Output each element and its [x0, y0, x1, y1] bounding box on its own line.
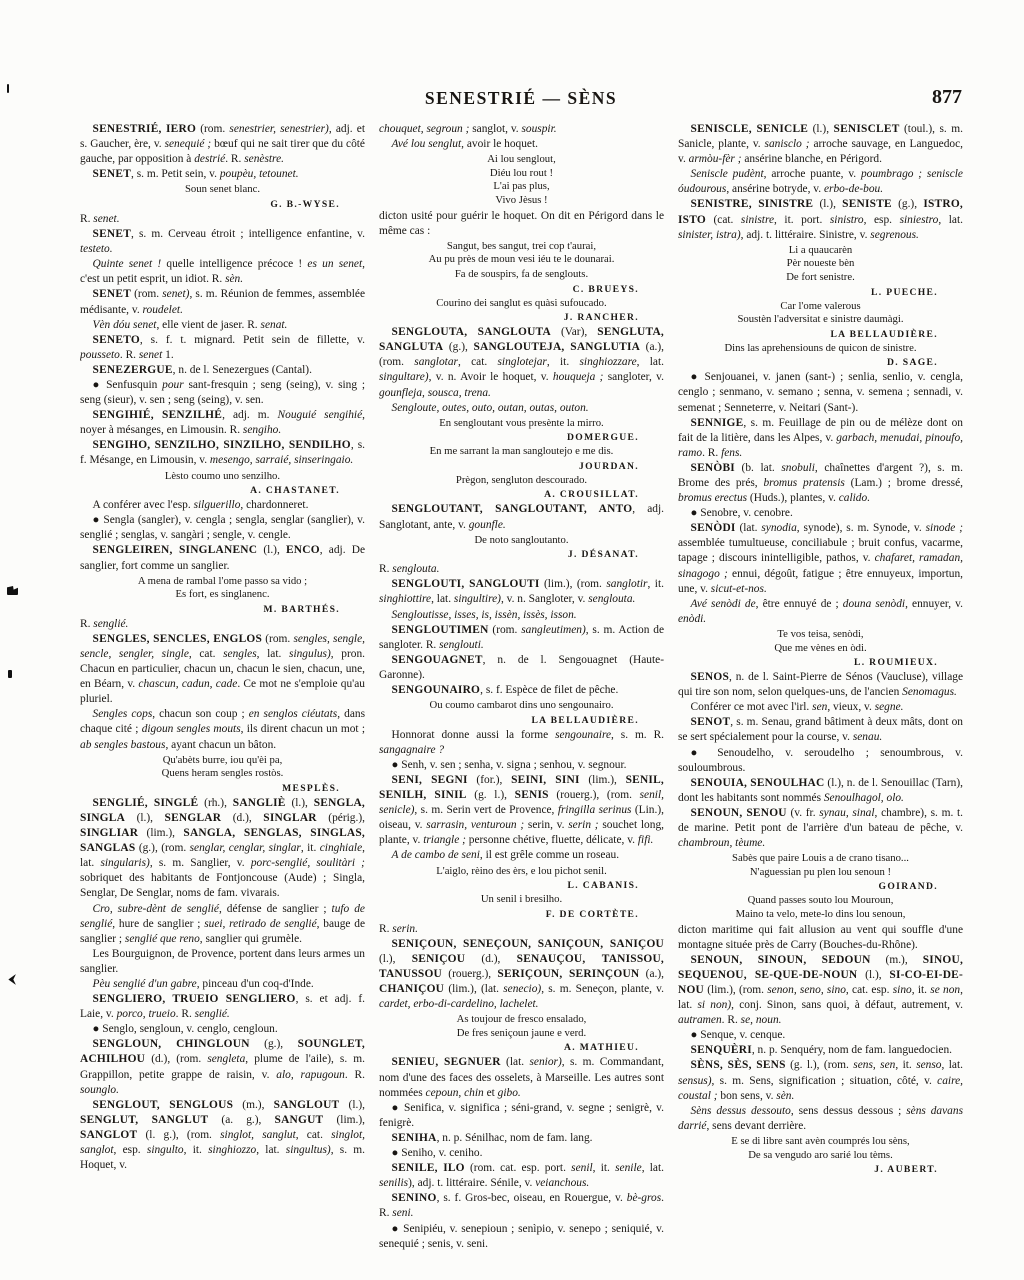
headword: SENQUÈRI	[691, 1044, 752, 1056]
headword: SERIÇOUN, SERINÇOUN	[497, 968, 639, 980]
italic-text: snobuli	[781, 462, 815, 474]
italic-text: erbo-de-bou.	[824, 183, 883, 195]
body-text: (rom.	[262, 633, 293, 645]
italic-text: es un senet	[307, 258, 362, 270]
paragraph: A conférer avec l'esp. silguerillo, char…	[80, 498, 365, 513]
paragraph: ● Senfusquin pour sant-fresquin ; seng (…	[80, 378, 365, 408]
italic-text: serin.	[392, 923, 418, 935]
verse-quote: Dins las aprehensiouns de quicon de sini…	[678, 342, 963, 356]
italic-text: senet	[139, 349, 162, 361]
italic-text: poumbrago ;	[861, 168, 922, 180]
body-text: (d.),	[465, 953, 516, 965]
body-text: R.	[80, 618, 93, 630]
headword: CHANIÇOU	[379, 983, 444, 995]
body-text: , chacun son coup ;	[152, 708, 248, 720]
italic-text: Senoulhagol, olo.	[824, 792, 904, 804]
italic-text: senior)	[529, 1056, 561, 1068]
italic-text: singhiozzo	[208, 1144, 256, 1156]
attribution: G. B.-WYSE.	[80, 198, 365, 211]
attribution: F. DE CORTÈTE.	[379, 908, 664, 921]
italic-text: bromus erectus	[678, 492, 747, 504]
verse-line: De fres seniçoun jaune e verd.	[379, 1027, 664, 1041]
italic-text: Seniscle pudènt	[691, 168, 764, 180]
headword: SENIÇOUN, SENEÇOUN, SANIÇOUN, SANIÇOU	[392, 938, 664, 950]
body-text: (rom.	[196, 123, 229, 135]
italic-text: sensus)	[678, 1075, 712, 1087]
paragraph: ● Senglo, sengloun, v. cenglo, cengloun.	[80, 1022, 365, 1037]
body-text: (l.),	[125, 812, 165, 824]
verse-line: A mena de rambal l'ome passo sa vido ;	[80, 575, 365, 589]
body-text: , it.	[912, 984, 931, 996]
italic-text: chambroun, tèume.	[678, 837, 765, 849]
dictionary-entry: SENI, SEGNI (for.), SEINI, SINI (lim.), …	[379, 773, 664, 848]
italic-text: senecio)	[503, 983, 541, 995]
verse-line: Pèr noueste bèn	[678, 257, 963, 271]
body-text: , s. m. Sens, signification ; situation,…	[712, 1075, 938, 1087]
dictionary-entry: SENEZERGUE, n. de l. Senezergues (Cantal…	[80, 363, 365, 378]
headword: SENETO	[93, 334, 140, 346]
headword: SENINO	[392, 1192, 437, 1204]
body-text: , s. m. Sanglier, v.	[150, 857, 251, 869]
headword: SENISTE	[842, 198, 892, 210]
italic-text: gounfleja, sousca, trena.	[379, 387, 491, 399]
italic-text: senilis	[379, 1177, 408, 1189]
dictionary-entry: SENIHA, n. p. Sénilhac, nom de fam. lang…	[379, 1131, 664, 1146]
italic-text: synau, sinal	[819, 807, 874, 819]
italic-text: cinghiale	[320, 842, 362, 854]
italic-text: senglouta.	[392, 563, 439, 575]
verse-line: De fort senistre.	[678, 271, 963, 285]
body-text: , s. m. R.	[611, 729, 664, 741]
italic-text: mesengo, sarraié, sinseringaio.	[210, 454, 353, 466]
italic-text: fifi.	[638, 834, 654, 846]
italic-text: alo, rapugoun	[276, 1069, 345, 1081]
italic-text: Cro, subre-dènt de senglié	[93, 903, 219, 915]
body-text: (périg.),	[317, 812, 365, 824]
body-text: serin, v.	[524, 819, 568, 831]
verse-line: Prègon, sengluton descourado.	[379, 474, 664, 488]
italic-text: sounglo.	[80, 1084, 119, 1096]
italic-text: Avé senòdi de	[691, 598, 756, 610]
ink-blot-artifact	[7, 586, 18, 595]
paragraph: ● Senoudelho, v. seroudelho ; senoumbrou…	[678, 746, 963, 776]
body-text: , cat.	[458, 356, 498, 368]
column-2: chouquet, segroun ; sanglot, v. souspir.…	[379, 122, 664, 1252]
paragraph: ● Senobre, v. cenobre.	[678, 506, 963, 521]
italic-text: segrenous.	[870, 229, 919, 241]
body-text: (Var),	[551, 326, 597, 338]
dictionary-entry: SENILE, ILO (rom. cat. esp. port. senil,…	[379, 1161, 664, 1191]
verse-line: Li a quaucarèn	[678, 244, 963, 258]
dictionary-entry: SENETO, s. f. t. mignard. Petit sein de …	[80, 333, 365, 363]
body-text: (lim.),	[580, 774, 626, 786]
verse-line: Sangut, bes sangut, trei cop t'aurai,	[379, 240, 664, 254]
italic-text: singlotejar	[498, 356, 547, 368]
body-text: (lim.),	[323, 1114, 365, 1126]
italic-text: testeto.	[80, 243, 113, 255]
body-text: (rom.	[131, 288, 162, 300]
verse-quote: Te vos teisa, senòdi,Que me vènes en òdi…	[678, 628, 963, 655]
body-text: , s. m. Serin vert de Provence,	[414, 804, 557, 816]
italic-text: A de cambo de seni	[392, 849, 480, 861]
headword: SENGLOUTI, SANGLOUTI	[392, 578, 540, 590]
attribution: A. CHASTANET.	[80, 484, 365, 497]
headword: SENGLES, SENCLES, ENGLOS	[93, 633, 263, 645]
italic-text: porc-senglié, soulitàri ;	[251, 857, 365, 869]
body-text: (lim.), (lat.	[444, 983, 503, 995]
headword: SENIÇOU	[412, 953, 466, 965]
body-text: (g. l.),	[467, 789, 515, 801]
body-text: ● Senglo, sengloun, v. cenglo, cengloun.	[93, 1023, 278, 1035]
body-text: (d.), (rom.	[145, 1053, 207, 1065]
body-text: , être ennuyé de ;	[756, 598, 843, 610]
headword: SENOUN, SINOUN, SEDOUN	[691, 954, 871, 966]
italic-text: Pèu senglié d'un gabre	[93, 978, 197, 990]
verse-quote: Qu'abèts burre, iou qu'èi pa,Quens heram…	[80, 754, 365, 781]
italic-text: souspir.	[521, 123, 556, 135]
italic-text: suei, retirado de senglié	[204, 918, 316, 930]
body-text: , lat.	[642, 1162, 664, 1174]
body-text: (for.),	[468, 774, 511, 786]
italic-text: sarrasin, venturoun ;	[426, 819, 524, 831]
paragraph: Pèu senglié d'un gabre, pinceau d'un coq…	[80, 977, 365, 992]
body-text: , sanglier qui grumèle.	[200, 933, 302, 945]
verse-quote: Fa de souspirs, fa de senglouts.	[379, 268, 664, 282]
ink-speck-artifact	[8, 670, 12, 678]
body-text: , avoir le hoquet.	[461, 138, 538, 150]
headword: SENISCLE, SENICLE	[691, 123, 809, 135]
italic-text: singultare)	[379, 371, 429, 383]
verse-quote: Courino dei sanglut es quàsi sufoucado.	[379, 297, 664, 311]
body-text: , n. p. Sénilhac, nom de fam. lang.	[437, 1132, 593, 1144]
body-text: (lat.	[736, 522, 762, 534]
headword: SENI, SEGNI	[392, 774, 468, 786]
verse-quote: Li a quaucarènPèr noueste bènDe fort sen…	[678, 244, 963, 285]
italic-text: singulus)	[289, 648, 331, 660]
body-text: , sens dessus dessous ;	[791, 1105, 906, 1117]
verse-quote: Ou coumo cambarot dins uno sengounairo.	[379, 699, 664, 713]
page-number: 877	[932, 86, 962, 109]
italic-text: senequié ;	[165, 138, 212, 150]
body-text: ● Senh, v. sen ; senha, v. signa ; senho…	[392, 759, 627, 771]
italic-text: sicut-et-nos.	[711, 583, 767, 595]
paragraph: ● Senifica, v. significa ; séni-grand, v…	[379, 1101, 664, 1131]
italic-text: se, noun.	[741, 1014, 782, 1026]
body-text: , conj. Sinon, sans quoi, à défaut, autr…	[731, 999, 963, 1011]
body-text: (Lam.) ; brome dressé,	[845, 477, 963, 489]
verse-quote: Sabès que paire Louis a de crano tisano.…	[678, 852, 963, 879]
body-text: , adj. m.	[222, 409, 277, 421]
verse-line: Au pu près de moun vesi iéu te le dounar…	[379, 253, 664, 267]
italic-text: ab sengles bastous	[80, 739, 165, 751]
body-text: sobriquet des habitants de Fontjoncouse …	[80, 872, 365, 899]
dictionary-entry: SENÒDI (lat. synodia, synode), s. m. Syn…	[678, 521, 963, 596]
body-text: ● Senjouanei, v. janen (sant-) ; senlia,…	[678, 371, 963, 413]
italic-text: singlot, sanglut	[220, 1129, 296, 1141]
dictionary-entry: SENIÇOUN, SENEÇOUN, SANIÇOUN, SANIÇOU (l…	[379, 937, 664, 1012]
italic-text: senglié.	[93, 618, 128, 630]
body-text: , sens devant derrière.	[706, 1120, 806, 1132]
verse-line: Maino ta velo, mete-lo dins lou senoun,	[678, 908, 963, 922]
verse-line: Lèsto coumo uno senzilho.	[80, 470, 365, 484]
body-text: , lat.	[256, 1144, 286, 1156]
headword: SANGLOUTEJA, SANGLUTIA	[473, 341, 640, 353]
body-text: sangloter, v.	[603, 371, 664, 383]
attribution: DOMERGUE.	[379, 431, 664, 444]
italic-text: sengounaire	[555, 729, 611, 741]
dictionary-entry: SENGIHO, SENZILHO, SINZILHO, SENDILHO, s…	[80, 438, 365, 468]
paragraph: Cro, subre-dènt de senglié, défense de s…	[80, 902, 365, 947]
italic-text: senet.	[93, 213, 119, 225]
verse-line: Dins las aprehensiouns de quicon de sini…	[678, 342, 963, 356]
dictionary-entry: SÈNS, SÈS, SENS (g. l.), (rom. sens, sen…	[678, 1058, 963, 1103]
italic-text: si non)	[697, 999, 731, 1011]
attribution: L. ROUMIEUX.	[678, 656, 963, 669]
body-text: , esp.	[114, 1144, 147, 1156]
body-text: , it.	[184, 1144, 209, 1156]
body-text: , esp.	[864, 214, 900, 226]
dictionary-entry: SENGLOUT, SENGLOUS (m.), SANGLOUT (l.), …	[80, 1098, 365, 1173]
italic-text: siniestro	[900, 214, 939, 226]
headword: SENOUIA, SENOULHAC	[691, 777, 825, 789]
headword: SENOS	[691, 671, 730, 683]
body-text: (l.),	[808, 123, 833, 135]
headword: SEINI, SINI	[511, 774, 580, 786]
headword: SANGLOT	[80, 1129, 137, 1141]
italic-text: pour	[162, 379, 184, 391]
paragraph: ● Senque, v. cenque.	[678, 1028, 963, 1043]
paragraph: Avé senòdi de, être ennuyé de ; douna se…	[678, 597, 963, 627]
italic-text: singhiozzare	[579, 356, 636, 368]
body-text: (rouerg.),	[442, 968, 497, 980]
paragraph: Sengles cops, chacun son coup ; en sengl…	[80, 707, 365, 752]
italic-text: Quinte senet !	[93, 258, 162, 270]
body-text: , v. n. Avoir le hoquet, v.	[429, 371, 553, 383]
italic-text: gibo.	[498, 1087, 521, 1099]
italic-text: senil	[571, 1162, 593, 1174]
headword: SENGIHIÉ, SENZILHÉ	[93, 409, 223, 421]
body-text: dicton usité pour guérir le hoquet. On d…	[379, 210, 664, 237]
dictionary-entry: SENOUN, SINOUN, SEDOUN (m.), SINOU, SEQU…	[678, 953, 963, 1028]
italic-text: senglié.	[195, 1008, 230, 1020]
headword: SENGLOUT, SENGLOUS	[93, 1099, 234, 1111]
dictionary-entry: SENESTRIÉ, IERO (rom. senestrier, senest…	[80, 122, 365, 167]
attribution: LA BELLAUDIÈRE.	[678, 328, 963, 341]
body-text: Conférer ce mot avec l'irl.	[691, 701, 813, 713]
verse-line: Qu'abèts burre, iou qu'èi pa,	[80, 754, 365, 768]
dictionary-entry: SENGLOUTANT, SANGLOUTANT, ANTO, adj. San…	[379, 502, 664, 532]
body-text: (Huds.), plantes, v.	[747, 492, 839, 504]
headword: SENGIHO, SENZILHO, SINZILHO, SENDILHO	[93, 439, 351, 451]
italic-text: armòu-fèr ;	[689, 153, 742, 165]
italic-text: senau.	[853, 731, 882, 743]
headword: SENGLIÉ, SINGLÉ	[93, 797, 199, 809]
italic-text: en senglos ciéutats	[249, 708, 337, 720]
attribution: L. PUECHE.	[678, 286, 963, 299]
verse-line: Ai lou senglout,	[379, 153, 664, 167]
italic-text: sino	[893, 984, 912, 996]
body-text: (a.),	[639, 968, 664, 980]
italic-text: Sengloutisse, isses, is, issèn, issès, i…	[392, 609, 577, 621]
dictionary-entry: SENISCLE, SENICLE (l.), SENISCLET (toul.…	[678, 122, 963, 167]
headword: SENIEU, SEGNUER	[392, 1056, 501, 1068]
verse-line: Courino dei sanglut es quàsi sufoucado.	[379, 297, 664, 311]
italic-text: chouquet, segroun ;	[379, 123, 469, 135]
attribution: M. BARTHÉS.	[80, 603, 365, 616]
body-text: R.	[80, 213, 93, 225]
italic-text: Sèns dessus dessouto	[691, 1105, 791, 1117]
body-text: . R.	[722, 1014, 741, 1026]
body-text: Les Bourguignon, de Provence, portent da…	[80, 948, 365, 975]
body-text: (rouerg.), (rom.	[549, 789, 640, 801]
body-text: , elle vient de jaser. R.	[156, 319, 260, 331]
italic-text: sinistro	[830, 214, 864, 226]
paragraph: chouquet, segroun ; sanglot, v. souspir.	[379, 122, 664, 137]
dictionary-entry: SENGLEIREN, SINGLANENC (l.), ENCO, adj. …	[80, 543, 365, 573]
body-text: , synode), s. m. Synode, v.	[797, 522, 926, 534]
body-text: , s. m. Cerveau étroit ; intelligence en…	[131, 228, 365, 240]
dictionary-entry: SENGLIÉ, SINGLÉ (rh.), SANGLIÈ (l.), SEN…	[80, 796, 365, 902]
body-text: (rh.),	[198, 797, 232, 809]
verse-line: Car l'ome valerous	[678, 300, 963, 314]
attribution: C. BRUEYS.	[379, 283, 664, 296]
column-3: SENISCLE, SENICLE (l.), SENISCLET (toul.…	[678, 122, 963, 1252]
headword: SENGOUNAIRO	[392, 684, 481, 696]
scanned-dictionary-page: SENESTRIÉ — SÈNS 877 SENESTRIÉ, IERO (ro…	[0, 0, 1024, 1280]
dictionary-entry: SENOUIA, SENOULHAC (l.), n. de l. Senoui…	[678, 776, 963, 806]
body-text: , pinceau d'un coq-d'Inde.	[197, 978, 314, 990]
body-text: , cat.	[296, 1129, 331, 1141]
body-text: (g.),	[443, 341, 473, 353]
headword: SENGLOUN, CHINGLOUN	[93, 1038, 250, 1050]
body-text: ● Sengla (sangler), v. cengla ; sengla, …	[80, 514, 365, 541]
italic-text: senat.	[261, 319, 288, 331]
body-text: quelle intelligence précoce !	[161, 258, 307, 270]
italic-text: houqueja ;	[553, 371, 604, 383]
italic-text: enòdi.	[678, 613, 706, 625]
paragraph: dicton usité pour guérir le hoquet. On d…	[379, 209, 664, 239]
attribution: J. DÉSANAT.	[379, 548, 664, 561]
verse-line: Quens heram sengles rostòs.	[80, 767, 365, 781]
body-text: (g.),	[250, 1038, 298, 1050]
body-text: ● Senobre, v. cenobre.	[691, 507, 793, 519]
headword: SENGLOUTIMEN	[392, 624, 489, 636]
body-text: ● Senfusquin	[93, 379, 163, 391]
dictionary-entry: SENET (rom. senet), s. m. Réunion de fem…	[80, 287, 365, 317]
body-text: , it.	[895, 1059, 916, 1071]
verse-line: En me sarrant la man sangloutejo e me di…	[379, 445, 664, 459]
headword: SENGOUAGNET	[392, 654, 483, 666]
italic-text: Avé lou senglut	[392, 138, 462, 150]
dictionary-entry: SENGLOUN, CHINGLOUN (g.), SOUNGLET, ACHI…	[80, 1037, 365, 1097]
italic-text: sanisclo ;	[765, 138, 810, 150]
dictionary-entry: SENGLOUTA, SANGLOUTA (Var), SENGLUTA, SA…	[379, 325, 664, 400]
body-text: ● Senque, v. cenque.	[691, 1029, 786, 1041]
verse-line: Quand passes souto lou Mouroun,	[678, 894, 963, 908]
verse-quote: Sangut, bes sangut, trei cop t'aurai,Au …	[379, 240, 664, 267]
body-text: (lim.),	[138, 827, 183, 839]
body-text: , lat.	[431, 593, 454, 605]
italic-text: senglouta.	[588, 593, 635, 605]
body-text: ● Seniho, v. ceniho.	[392, 1147, 483, 1159]
italic-text: singultire)	[454, 593, 501, 605]
italic-text: sèn.	[225, 273, 243, 285]
italic-text: sinister, istra)	[678, 229, 741, 241]
headword: SANGLOUT	[274, 1099, 340, 1111]
attribution: GOIRAND.	[678, 880, 963, 893]
verse-quote: As toujour de fresco ensalado,De fres se…	[379, 1013, 664, 1040]
italic-text: sangagnaire ?	[379, 744, 444, 756]
body-text: , ansérine botryde, v.	[726, 183, 824, 195]
italic-text: silguerillo	[194, 499, 241, 511]
headword: ENCO	[286, 544, 320, 556]
italic-text: segne.	[875, 701, 904, 713]
italic-text: bè-gros	[627, 1192, 661, 1204]
verse-line: Te vos teisa, senòdi,	[678, 628, 963, 642]
verse-line: Es fort, es singlanenc.	[80, 588, 365, 602]
italic-text: veianchous.	[535, 1177, 589, 1189]
body-text: (l.),	[379, 953, 412, 965]
page-title: SENESTRIÉ — SÈNS	[80, 88, 962, 109]
dictionary-entry: SENOUN, SENOU (v. fr. synau, sinal, cham…	[678, 806, 963, 851]
verse-quote: E se di libre sant avèn coumprés lou sèn…	[678, 1135, 963, 1162]
headword: SENNIGE	[691, 417, 744, 429]
body-text: (l. g.), (rom.	[137, 1129, 220, 1141]
paragraph: R. senet.	[80, 212, 365, 227]
dictionary-entry: SENGLES, SENCLES, ENGLOS (rom. sengles, …	[80, 632, 365, 707]
paragraph: ● Senh, v. sen ; senha, v. signa ; senho…	[379, 758, 664, 773]
dictionary-entry: SENIEU, SEGNUER (lat. senior), s. m. Com…	[379, 1055, 664, 1100]
dictionary-entry: SENGLOUTI, SANGLOUTI (lim.), (rom. sangl…	[379, 577, 664, 607]
paragraph: Conférer ce mot avec l'irl. sen, vieux, …	[678, 700, 963, 715]
headword: SENÒDI	[691, 522, 736, 534]
verse-line: De noto sangloutanto.	[379, 534, 664, 548]
verse-quote: Lèsto coumo uno senzilho.	[80, 470, 365, 484]
attribution: LA BELLAUDIÈRE.	[379, 714, 664, 727]
body-text: , défense de sanglier ;	[219, 903, 332, 915]
italic-text: singulto	[147, 1144, 184, 1156]
body-text: , n. de l. Senezergues (Cantal).	[173, 364, 312, 376]
headword: SENEZERGUE	[93, 364, 173, 376]
italic-text: sengles	[223, 648, 257, 660]
body-text: , it.	[648, 578, 665, 590]
headword: SENGLEIREN, SINGLANENC	[93, 544, 258, 556]
verse-line: L'aiglo, rèino des èrs, e lou pichot sen…	[379, 865, 664, 879]
headword: SINGLAR	[263, 812, 317, 824]
body-text: , ennuyer, v.	[905, 598, 963, 610]
verse-quote: Soun senet blanc.	[80, 183, 365, 197]
body-text: (l.),	[339, 1099, 365, 1111]
body-text: R.	[379, 563, 392, 575]
attribution: J. RANCHER.	[379, 311, 664, 324]
body-text: , ils dirent chacun un mot ;	[241, 723, 365, 735]
italic-text: cardet, erbo-di-cardelino, lachelet.	[379, 998, 539, 1010]
italic-text: porco, trueio	[117, 1008, 176, 1020]
italic-text: fens.	[721, 447, 742, 459]
body-text: . R.	[176, 1008, 195, 1020]
headword: SENIS	[515, 789, 549, 801]
attribution: MESPLÈS.	[80, 782, 365, 795]
italic-text: se non	[930, 984, 960, 996]
text-columns: SENESTRIÉ, IERO (rom. senestrier, senest…	[80, 122, 964, 1252]
body-text: (g.),	[892, 198, 923, 210]
body-text: , lat.	[637, 356, 664, 368]
verse-line: Que me vènes en òdi.	[678, 642, 963, 656]
body-text: (v. fr.	[787, 807, 819, 819]
body-text: et	[484, 1087, 498, 1099]
italic-text: bromus pratensis	[763, 477, 844, 489]
body-text: dicton maritime qui fait allusion au ven…	[678, 924, 963, 951]
